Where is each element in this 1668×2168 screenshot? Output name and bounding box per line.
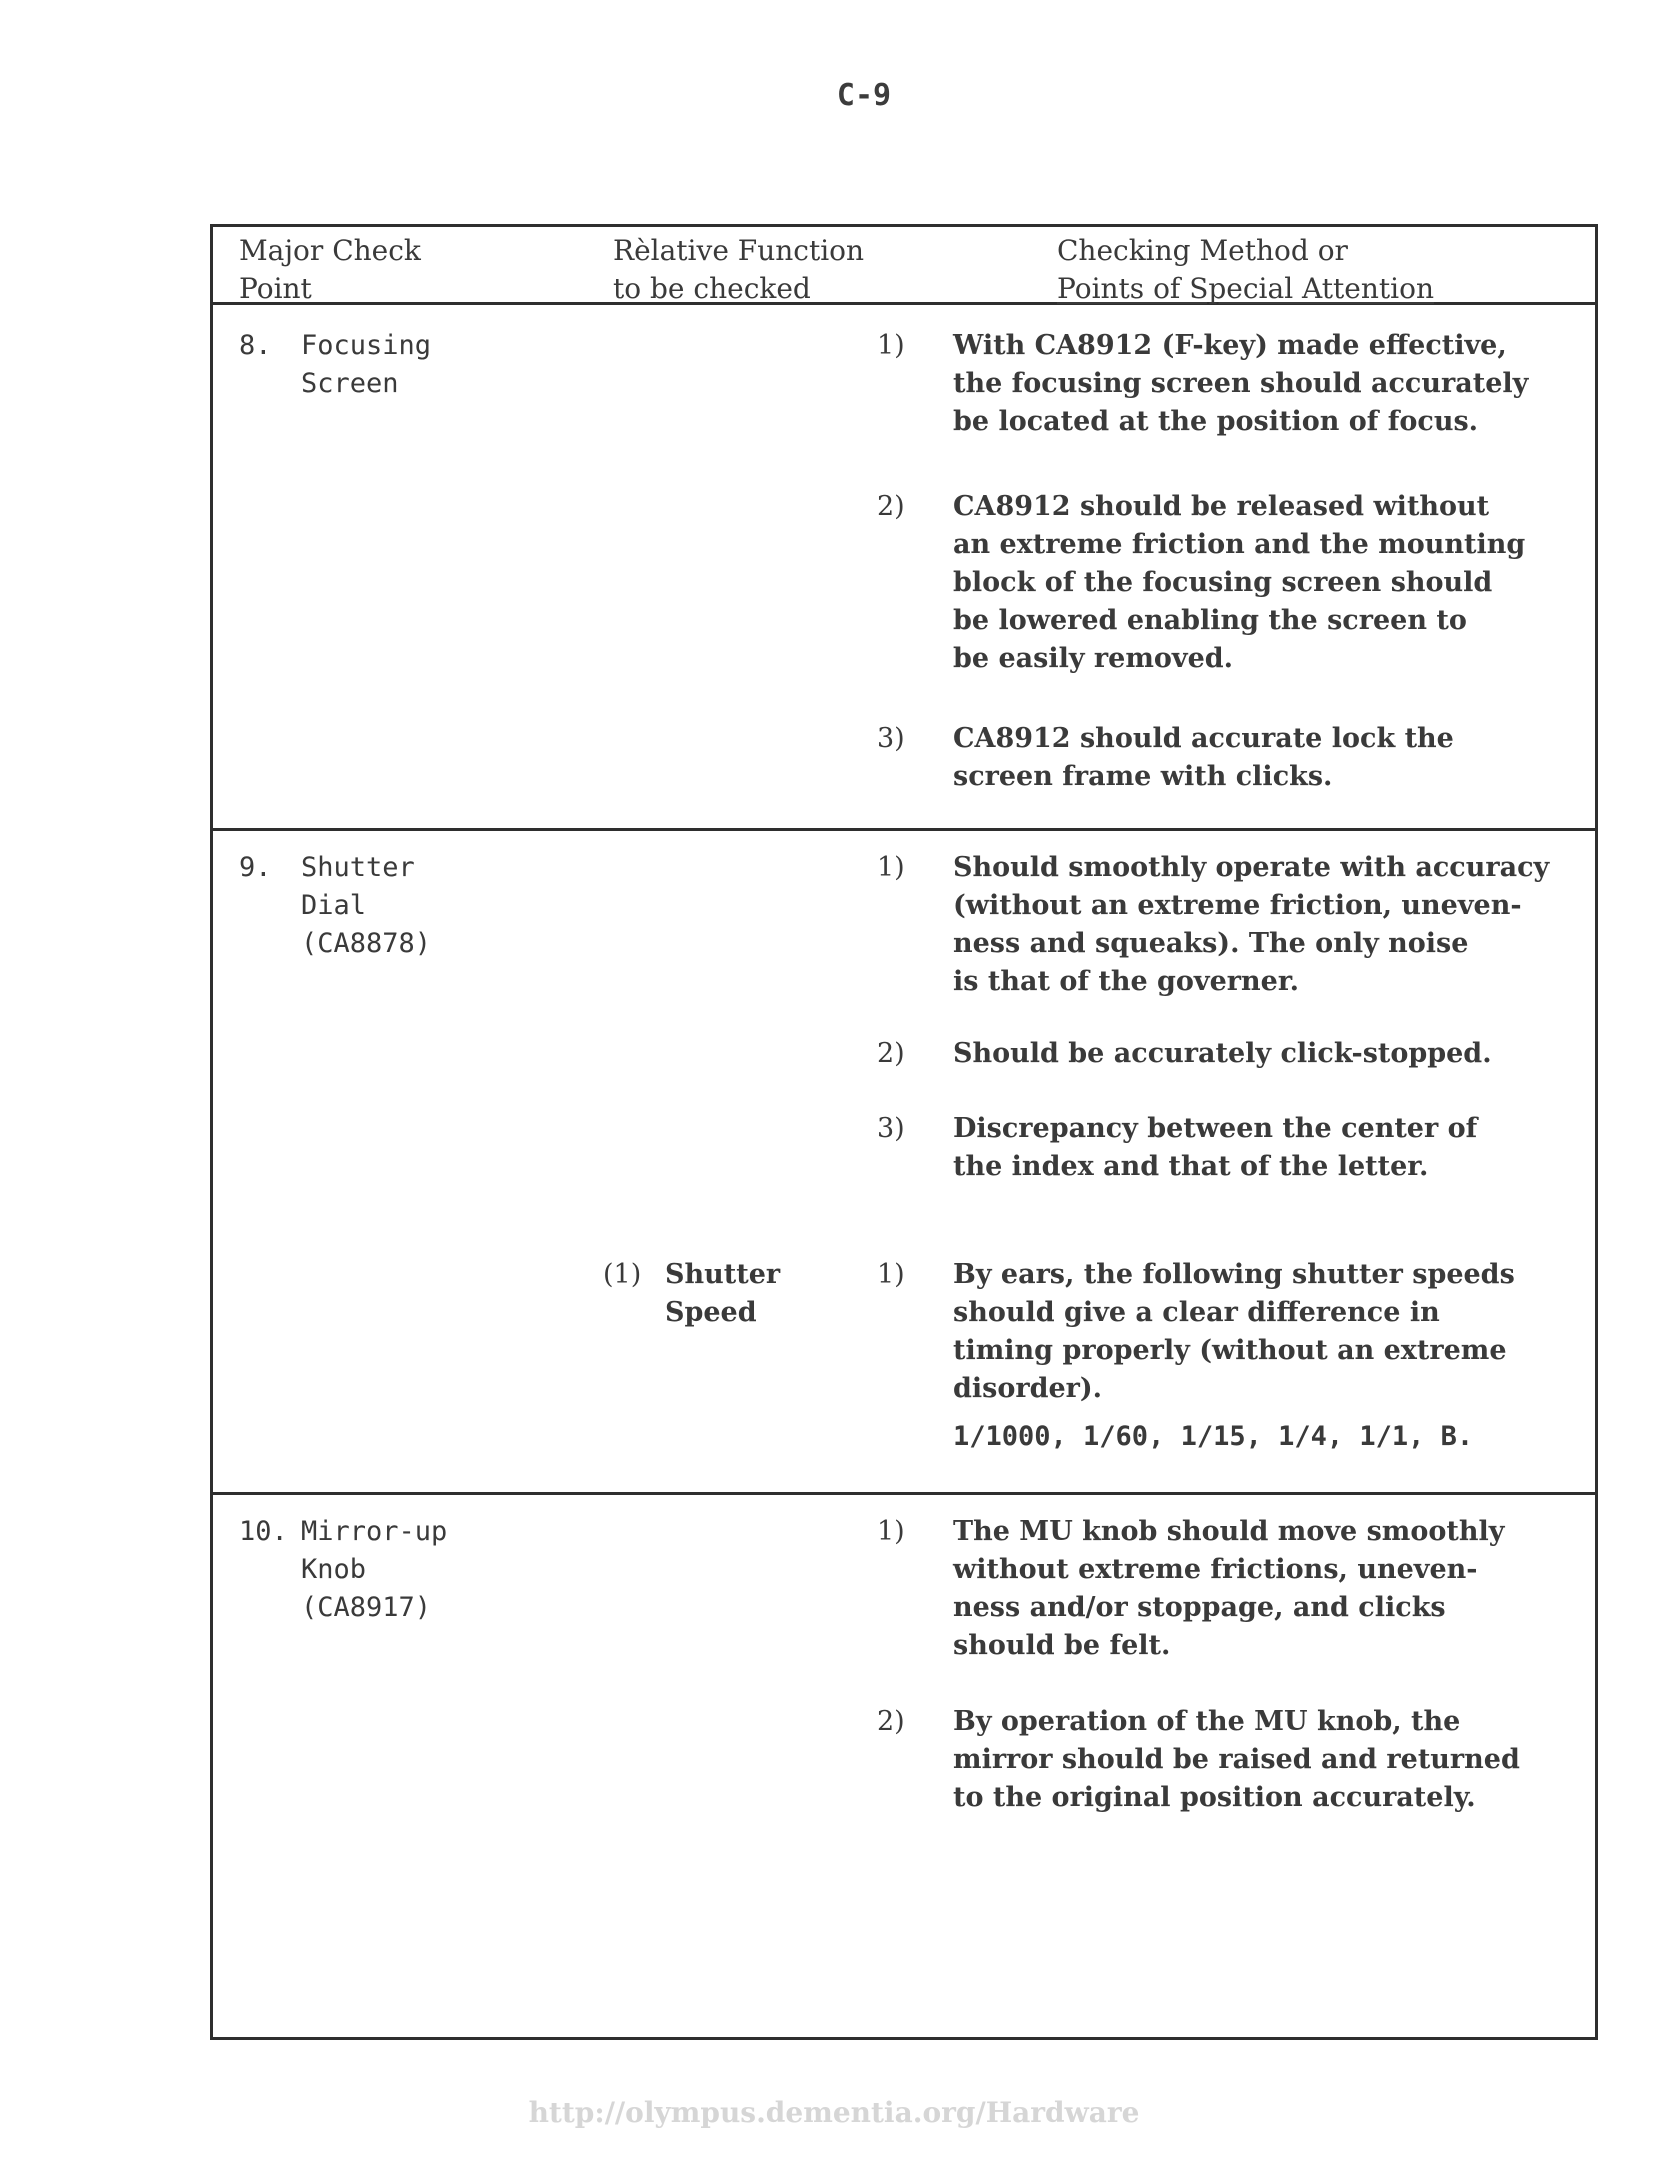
section-focusing-screen: 8. Focusing Screen 1) With CA8912 (F-key… — [213, 302, 1595, 831]
table-header-row: Major Check Point Rèlative Function to b… — [213, 227, 1595, 305]
header-major-check-point: Major Check Point — [239, 232, 421, 308]
header-checking-method: Checking Method or Points of Special Att… — [1057, 232, 1434, 308]
header-relative-function: Rèlative Function to be checked — [613, 232, 864, 308]
shutter-speed-list: 1/1000, 1/60, 1/15, 1/4, 1/1, B. — [953, 1418, 1593, 1456]
footer-url: http://olympus.dementia.org/Hardware — [0, 2096, 1668, 2129]
check-table: Major Check Point Rèlative Function to b… — [210, 224, 1598, 2040]
relative-function-shutter-speed: (1) Shutter Speed — [603, 1256, 780, 1332]
section-shutter-dial: 9. Shutter Dial (CA8878) 1) Should smoot… — [213, 831, 1595, 1495]
major-check-point: 9. Shutter Dial (CA8878) — [239, 849, 431, 963]
section-mirror-up-knob: 10. Mirror-up Knob (CA8917) 1) The MU kn… — [213, 1495, 1595, 2040]
major-check-point: 8. Focusing Screen — [239, 327, 431, 403]
page-number: C-9 — [0, 78, 1668, 113]
major-check-point: 10. Mirror-up Knob (CA8917) — [239, 1513, 447, 1627]
